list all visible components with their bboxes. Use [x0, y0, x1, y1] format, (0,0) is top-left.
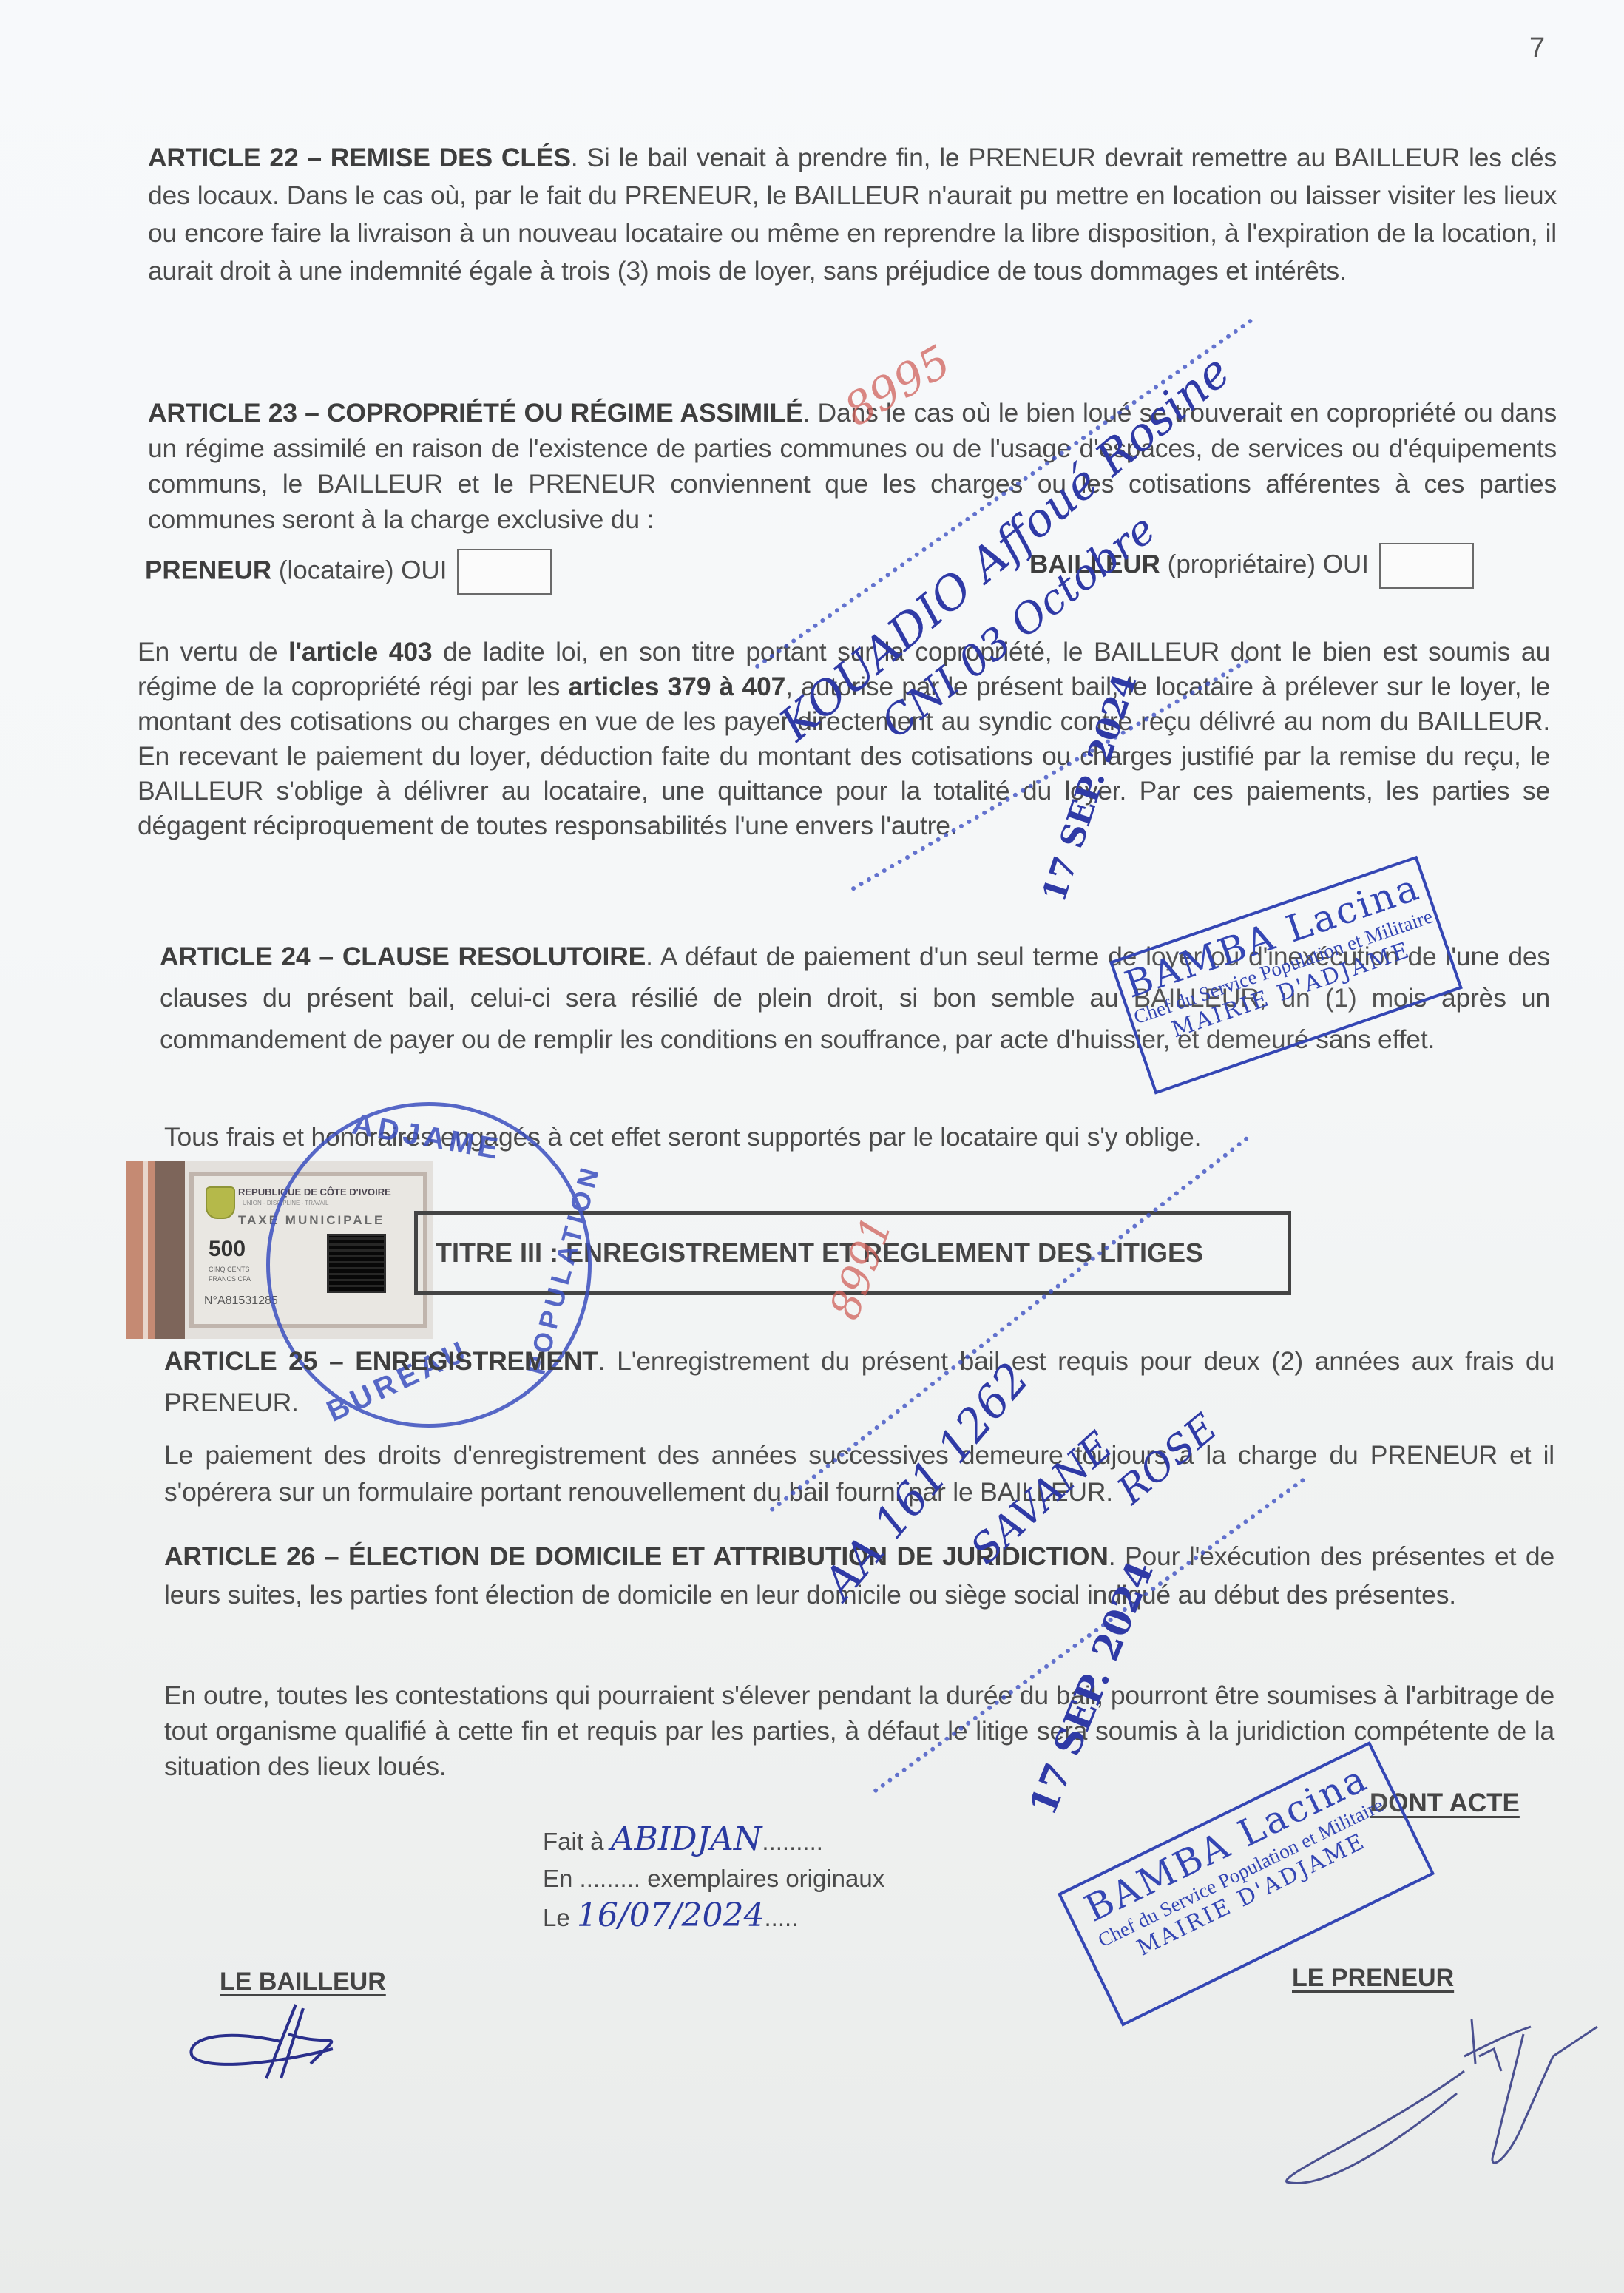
article-26-heading: ARTICLE 26 – ÉLECTION DE DOMICILE ET ATT…	[164, 1541, 1109, 1571]
en-line: En ......... exemplaires originaux	[543, 1860, 884, 1897]
ref-article-403: l'article 403	[288, 637, 432, 666]
fait-a-value[interactable]: ABIDJAN	[611, 1820, 762, 1858]
coat-of-arms-icon	[206, 1186, 235, 1219]
fait-a-label: Fait à	[543, 1828, 604, 1855]
en-label: En	[543, 1865, 572, 1892]
en-value-field[interactable]: .........	[580, 1865, 641, 1892]
article-22: ARTICLE 22 – REMISE DES CLÉS. Si le bail…	[148, 139, 1557, 290]
execution-details: Fait à ABIDJAN......... En ......... exe…	[543, 1821, 884, 1936]
stamp-ring-top: ADJAME	[350, 1108, 505, 1167]
choice-preneur: PRENEUR (locataire) OUI	[145, 549, 552, 595]
fait-a-line: Fait à ABIDJAN.........	[543, 1821, 884, 1860]
article-25: ARTICLE 25 – ENREGISTREMENT. L'enregistr…	[164, 1340, 1554, 1423]
article-25-paragraph-2: Le paiement des droits d'enregistrement …	[164, 1436, 1554, 1510]
article-23-heading: ARTICLE 23 – COPROPRIÉTÉ OU RÉGIME ASSIM…	[148, 398, 803, 428]
le-date-value[interactable]: 16/07/2024	[577, 1897, 765, 1934]
choice-bailleur-sub: (propriétaire) OUI	[1168, 550, 1369, 578]
stamp-serial: N°A81531285	[204, 1294, 278, 1308]
le-line: Le 16/07/2024.....	[543, 1897, 884, 1936]
article-24-heading: ARTICLE 24 – CLAUSE RESOLUTOIRE	[160, 942, 646, 971]
ref-articles-379-407: articles 379 à 407	[569, 672, 786, 701]
article-22-heading: ARTICLE 22 – REMISE DES CLÉS	[148, 143, 571, 172]
stamp-amount-words: CINQ CENTS FRANCS CFA	[209, 1265, 253, 1284]
le-label: Le	[543, 1904, 570, 1931]
choice-preneur-sub: (locataire) OUI	[279, 555, 447, 584]
choice-preneur-label: PRENEUR	[145, 555, 271, 584]
preneur-signature	[1272, 2012, 1605, 2189]
article-25-heading: ARTICLE 25 – ENREGISTREMENT	[164, 1346, 598, 1376]
choice-preneur-checkbox[interactable]	[457, 549, 552, 595]
le-bailleur-label: LE BAILLEUR	[220, 1968, 386, 1996]
bailleur-signature	[185, 1997, 377, 2086]
stamp-amount: 500	[209, 1237, 246, 1262]
text: En vertu de	[138, 637, 288, 666]
choice-bailleur-checkbox[interactable]	[1379, 543, 1474, 589]
le-preneur-label: LE PRENEUR	[1292, 1964, 1454, 1993]
text: Le paiement des droits d'enregistrement …	[164, 1440, 1554, 1507]
page-number: 7	[1529, 33, 1545, 64]
en-suffix: exemplaires originaux	[647, 1865, 884, 1892]
